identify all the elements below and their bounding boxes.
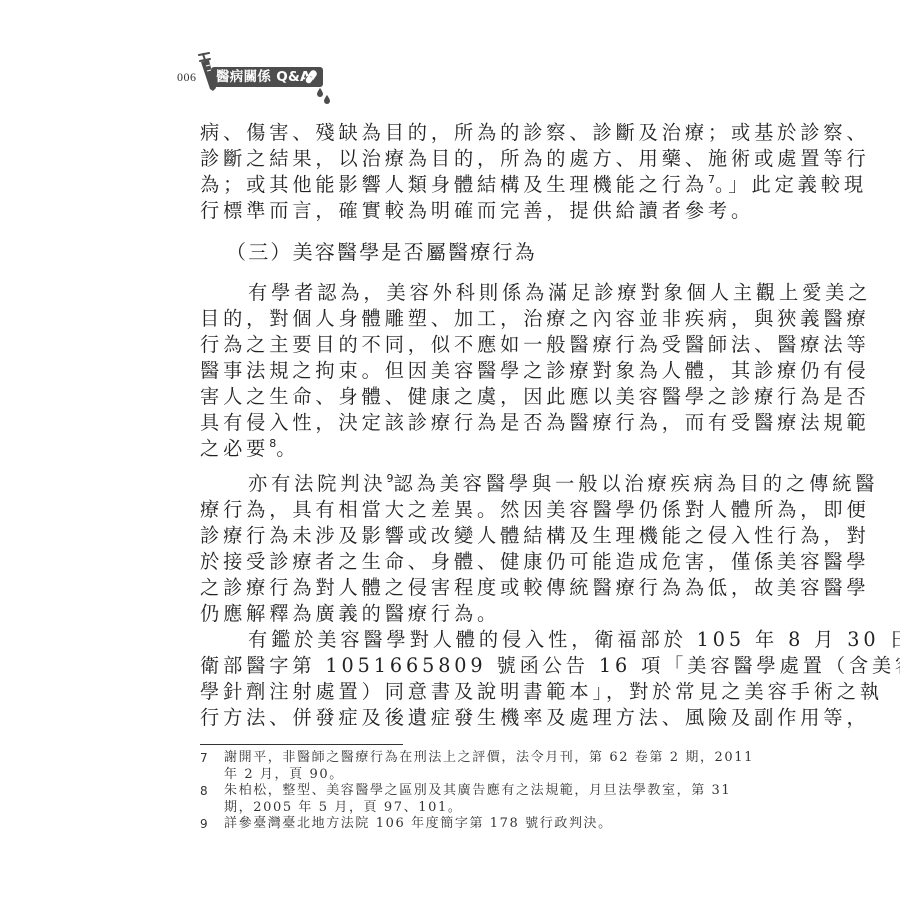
page-number: 006 (177, 70, 197, 85)
text-fragment: 之必要 (200, 437, 269, 460)
footnote-text: 年 2 月，頁 90。 (224, 767, 700, 784)
footnote-9: 9 詳參臺灣臺北地方法院 106 年度簡字第 178 號行政判決。 (200, 816, 700, 833)
text-line: 害人之生命、身體、健康之虞，因此應以美容醫學之診療行為是否 (200, 384, 692, 410)
text-line: 有鑑於美容醫學對人體的侵入性，衛福部於 105 年 8 月 30 日以 (200, 627, 692, 653)
text-line: 診療行為未涉及影響或改變人體結構及生理機能之侵入性行為，對 (200, 523, 692, 549)
footnote-text: 謝開平，非醫師之醫療行為在刑法上之評價，法令月刊，第 62 卷第 2 期，201… (224, 750, 700, 767)
text-fragment: 。」此定義較現 (715, 173, 867, 196)
text-fragment: 認為美容醫學與一般以治療疾病為目的之傳統醫 (394, 472, 879, 495)
text-line: 行方法、併發症及後遺症發生機率及處理方法、風險及副作用等， (200, 705, 692, 731)
footnote-text: 朱柏松，整型、美容醫學之區別及其廣告應有之法規範，月旦法學教室，第 31 (224, 783, 700, 800)
text-line: 為；或其他能影響人類身體結構及生理機能之行為7。」此定義較現 (200, 172, 692, 198)
paragraph-court-ruling: 亦有法院判決9認為美容醫學與一般以治療疾病為目的之傳統醫 療行為，具有相當大之差… (200, 471, 692, 627)
running-header: 006 醫病關係 Q&A (0, 0, 900, 110)
footnote-separator (200, 744, 403, 745)
text-line: 於接受診療者之生命、身體、健康仍可能造成危害，僅係美容醫學 (200, 549, 692, 575)
text-line: 診斷之結果，以治療為目的，所為的處方、用藥、施術或處置等行 (200, 146, 692, 172)
text-line: 行標準而言，確實較為明確而完善，提供給讀者參考。 (200, 198, 692, 224)
footnote-text: 期，2005 年 5 月，頁 97、101。 (224, 800, 700, 817)
footnote-7: 7 謝開平，非醫師之醫療行為在刑法上之評價，法令月刊，第 62 卷第 2 期，2… (200, 750, 700, 783)
text-line: 療行為，具有相當大之差異。然因美容醫學仍係對人體所為，即便 (200, 497, 692, 523)
footnote-number: 7 (200, 750, 208, 767)
footnote-text: 詳參臺灣臺北地方法院 106 年度簡字第 178 號行政判決。 (224, 816, 700, 833)
text-line: 學針劑注射處置）同意書及說明書範本」，對於常見之美容手術之執 (200, 679, 692, 705)
paragraph-continuation: 病、傷害、殘缺為目的，所為的診察、診斷及治療；或基於診察、 診斷之結果，以治療為… (200, 120, 692, 224)
pill-icon (304, 69, 318, 85)
text-line: 衛部醫字第 1051665809 號函公告 16 項「美容醫學處置（含美容醫 (200, 653, 692, 679)
footnotes: 7 謝開平，非醫師之醫療行為在刑法上之評價，法令月刊，第 62 卷第 2 期，2… (200, 750, 700, 833)
footnote-number: 9 (200, 816, 208, 833)
drops-icon (316, 87, 332, 105)
paragraph-scholar-view: 有學者認為，美容外科則係為滿足診療對象個人主觀上愛美之 目的，對個人身體雕塑、加… (200, 280, 692, 462)
text-line: 有學者認為，美容外科則係為滿足診療對象個人主觀上愛美之 (200, 280, 692, 306)
text-line: 之必要8。 (200, 436, 692, 462)
text-line: 醫事法規之拘束。但因美容醫學之診療對象為人體，其診療仍有侵 (200, 358, 692, 384)
text-line: 病、傷害、殘缺為目的，所為的診察、診斷及治療；或基於診察、 (200, 120, 692, 146)
text-fragment: 亦有法院判決 (248, 472, 387, 495)
paragraph-ministry-notice: 有鑑於美容醫學對人體的侵入性，衛福部於 105 年 8 月 30 日以 衛部醫字… (200, 627, 692, 731)
text-line: 之診療行為對人體之侵害程度或較傳統醫療行為為低，故美容醫學 (200, 575, 692, 601)
text-fragment: 。 (276, 437, 299, 460)
book-title: 醫病關係 Q&A (216, 68, 311, 86)
text-line: 行為之主要目的不同，似不應如一般醫療行為受醫師法、醫療法等 (200, 332, 692, 358)
footnote-ref-9[interactable]: 9 (387, 472, 394, 485)
section-heading: （三）美容醫學是否屬醫療行為 (226, 236, 537, 265)
text-line: 亦有法院判決9認為美容醫學與一般以治療疾病為目的之傳統醫 (200, 471, 692, 497)
footnote-8: 8 朱柏松，整型、美容醫學之區別及其廣告應有之法規範，月旦法學教室，第 31 期… (200, 783, 700, 816)
text-fragment: 為；或其他能影響人類身體結構及生理機能之行為 (200, 173, 708, 196)
text-line: 具有侵入性，決定該診療行為是否為醫療行為，而有受醫療法規範 (200, 410, 692, 436)
footnote-ref-7[interactable]: 7 (708, 173, 715, 186)
text-line: 目的，對個人身體雕塑、加工，治療之內容並非疾病，與狹義醫療 (200, 306, 692, 332)
text-line: 仍應解釋為廣義的醫療行為。 (200, 601, 692, 627)
footnote-number: 8 (200, 783, 208, 800)
